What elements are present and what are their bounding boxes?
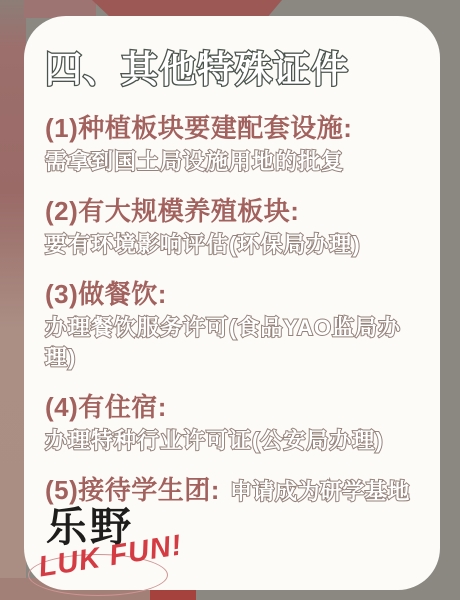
item-2-detail: 要有环境影响评估(环保局办理): [45, 230, 426, 260]
background-left-rose-strip: [0, 0, 26, 600]
item-5-detail: 申请成为研学基地: [230, 477, 410, 507]
item-1-heading: (1)种植板块要建配套设施:: [45, 111, 426, 145]
item-4-heading: (4)有住宿:: [45, 390, 426, 424]
card-title: 四、其他特殊证件: [45, 46, 426, 94]
list-item-3: (3)做餐饮: 办理餐饮服务许可(食品YAO监局办理): [45, 277, 426, 373]
item-4-detail: 办理特种行业许可证(公安局办理): [45, 426, 426, 456]
item-3-detail: 办理餐饮服务许可(食品YAO监局办理): [45, 313, 426, 373]
list-item-4: (4)有住宿: 办理特种行业许可证(公安局办理): [45, 390, 426, 456]
list-item-1: (1)种植板块要建配套设施: 需拿到国土局设施用地的批复: [45, 111, 426, 177]
list-item-2: (2)有大规模养殖板块: 要有环境影响评估(环保局办理): [45, 194, 426, 260]
item-2-heading: (2)有大规模养殖板块:: [45, 194, 426, 228]
item-3-heading: (3)做餐饮:: [45, 277, 426, 311]
content-card: 四、其他特殊证件 (1)种植板块要建配套设施: 需拿到国土局设施用地的批复 (2…: [24, 16, 440, 590]
item-1-detail: 需拿到国土局设施用地的批复: [45, 147, 426, 177]
poster-page: 四、其他特殊证件 (1)种植板块要建配套设施: 需拿到国土局设施用地的批复 (2…: [0, 0, 460, 600]
